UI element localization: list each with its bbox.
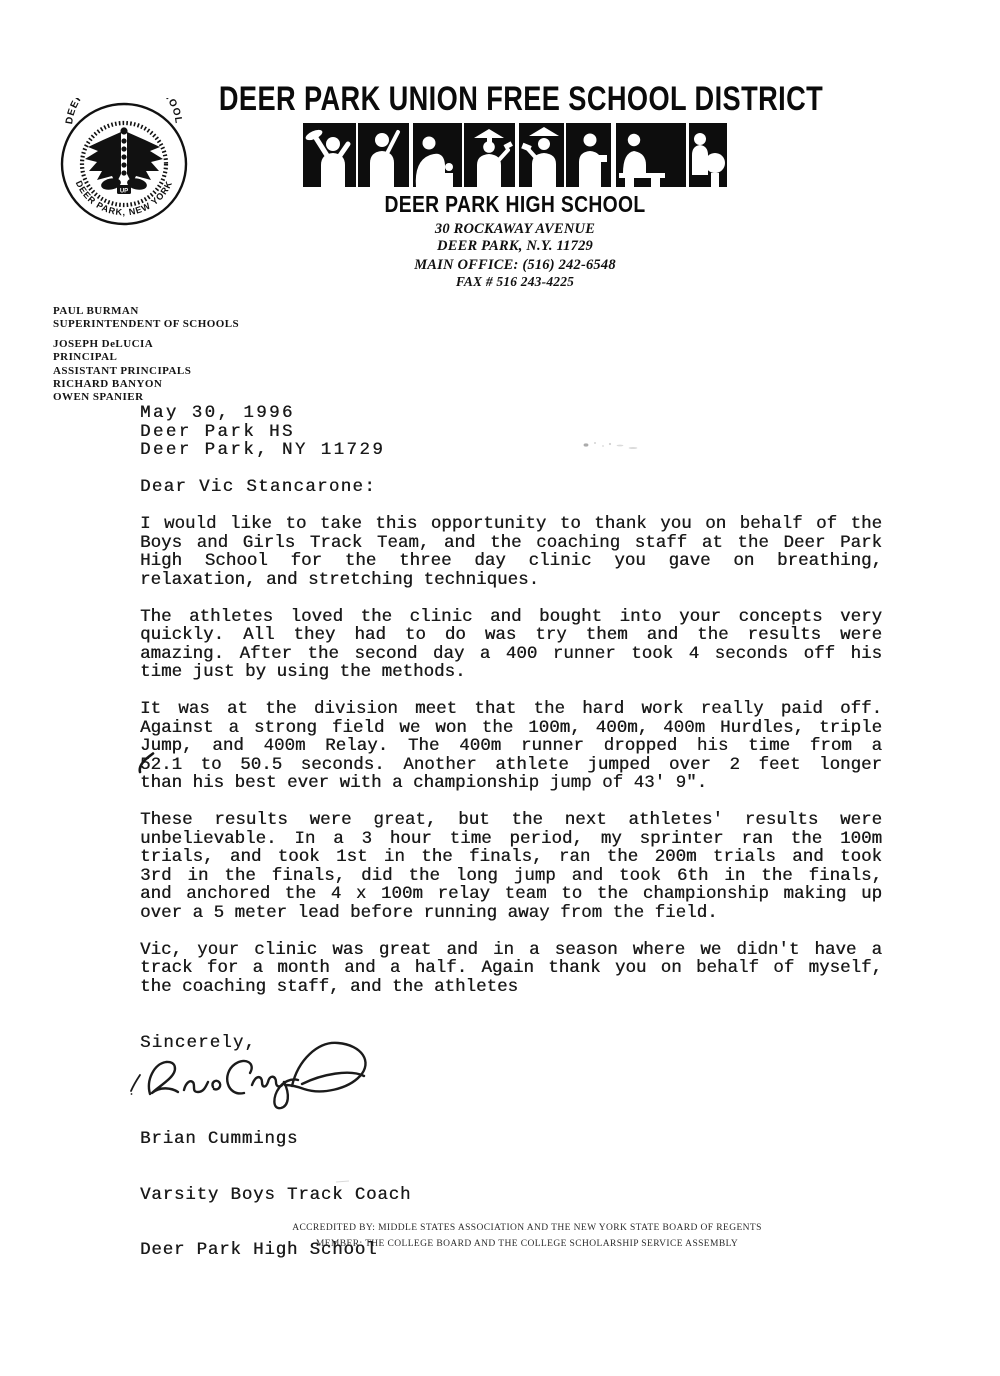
letter-page: DEER PARK UNION FREE SCHOOL DISTRICT DEE… [0,0,1000,1376]
official-line: SUPERINTENDENT OF SCHOOLS [53,318,239,331]
district-title: DEER PARK UNION FREE SCHOOL DISTRICT [219,80,823,119]
letter-line: unbelievable. In a 3 hour time period, m… [140,830,882,849]
signer-block: Brian Cummings Varsity Boys Track Coach … [140,1093,411,1297]
letter-line [140,497,882,516]
letter-line: Jump, and 400m Relay. The 400m runner dr… [140,737,882,756]
letter-line: Deer Park, NY 11729 [140,441,882,460]
signer-name: Brian Cummings [140,1130,411,1149]
eagle-emblem-icon: UP [85,127,163,194]
school-name: DEER PARK HIGH SCHOOL [384,191,645,218]
letter-line [140,682,882,701]
letter-line: Dear Vic Stancarone: [140,478,882,497]
official-line: ASSISTANT PRINCIPALS [53,365,239,378]
official-line: JOSEPH DeLUCIA [53,338,239,351]
letter-line [140,922,882,941]
letter-line: Deer Park HS [140,423,882,442]
letter-line [140,460,882,479]
address-street: 30 ROCKAWAY AVENUE [435,221,595,238]
fax-line: FAX # 516 243-4225 [456,274,574,290]
letter-line: time just by using the methods. [140,663,882,682]
letter-line: I would like to take this opportunity to… [140,515,882,534]
district-seal: DEER PARK HIGH SCHOOL DEER PARK, NEW YOR… [57,98,191,232]
officials-list: PAUL BURMANSUPERINTENDENT OF SCHOOLSJOSE… [53,305,239,405]
letter-line: These results were great, but the next a… [140,811,882,830]
letter-line: It was at the division meet that the har… [140,700,882,719]
typewriter-overstrike-mark [136,752,156,774]
official-line: PRINCIPAL [53,351,239,364]
seal-monogram: UP [120,189,128,195]
letter-line [140,589,882,608]
letter-line: amazing. After the second day a 400 runn… [140,645,882,664]
letter-line [140,793,882,812]
official-line: PAUL BURMAN [53,305,239,318]
letter-line: 3rd in the finals, did the long jump and… [140,867,882,886]
letter-line: quickly. All they had to do was try them… [140,626,882,645]
letter-line: than his best ever with a championship j… [140,774,882,793]
letter-line: Vic, your clinic was great and in a seas… [140,941,882,960]
membership-line: MEMBER: THE COLLEGE BOARD AND THE COLLEG… [127,1236,927,1252]
students-banner [303,123,727,187]
letter-line: over a 5 meter lead before running away … [140,904,882,923]
letter-line: High School for the three day clinic you… [140,552,882,571]
letter-line: Against a strong field we won the 100m, … [140,719,882,738]
letter-body: May 30, 1996Deer Park HSDeer Park, NY 11… [140,404,882,996]
letter-line: 52.1 to 50.5 seconds. Another athlete ju… [140,756,882,775]
letter-line: May 30, 1996 [140,404,882,423]
accreditation-footer: ACCREDITED BY: MIDDLE STATES ASSOCIATION… [127,1220,927,1252]
letter-line: The athletes loved the clinic and bought… [140,608,882,627]
letter-line: and anchored the 4 x 100m relay team to … [140,885,882,904]
letter-line: track for a month and a half. Again than… [140,959,882,978]
letter-line: trials, and took 1st in the finals, ran … [140,848,882,867]
letter-line: Boys and Girls Track Team, and the coach… [140,534,882,553]
letter-line: relaxation, and stretching techniques. [140,571,882,590]
phone-line: MAIN OFFICE: (516) 242-6548 [414,257,616,274]
accreditation-line: ACCREDITED BY: MIDDLE STATES ASSOCIATION… [127,1220,927,1236]
official-line: RICHARD BANYON [53,378,239,391]
letter-line: the coaching staff, and the athletes [140,978,882,997]
signer-title: Varsity Boys Track Coach [140,1186,411,1205]
scan-smudge-mark [582,436,644,454]
address-city: DEER PARK, N.Y. 11729 [437,238,593,255]
